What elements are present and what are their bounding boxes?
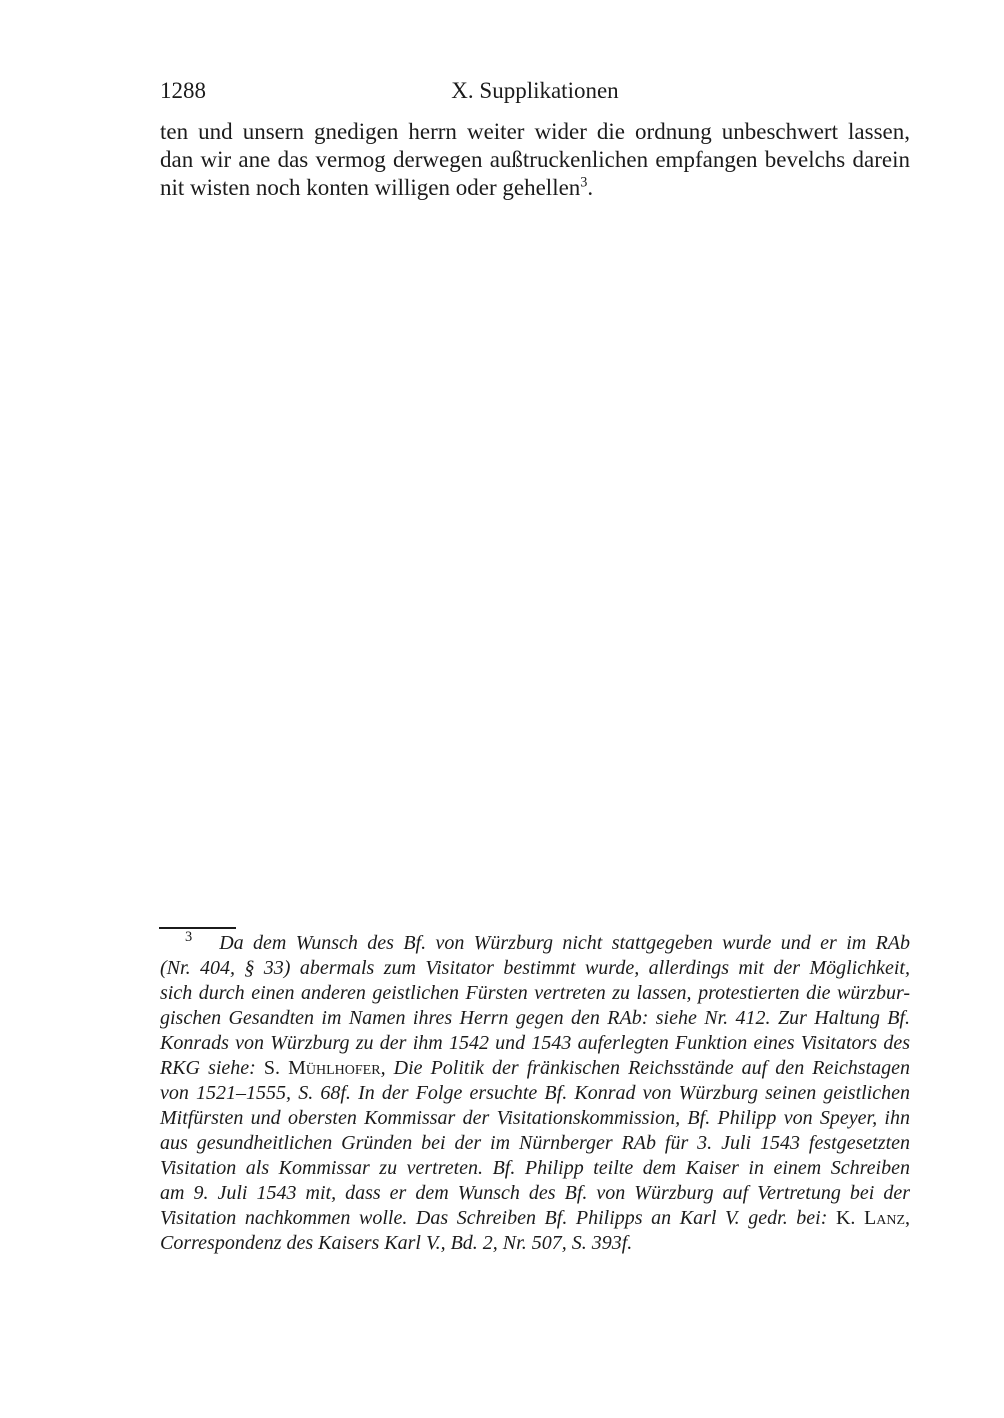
book-page: 1288 X. Supplikationen ten und unsern gn… [0,0,1004,1418]
footnote-line: 3Da dem Wunsch des Bf. von Würzburg nich… [160,931,910,956]
footnote-text: Mitfürsten und obersten Kommissar der Vi… [160,1107,910,1129]
footnote-line-content: Visitation nachkommen wolle. Das Schreib… [160,1206,910,1231]
body-text: dan wir ane das vermog derwegen außtruck… [160,147,910,172]
footnote-block: 3Da dem Wunsch des Bf. von Würzburg nich… [160,931,910,1256]
body-line: ten und unsern gnedigen herrn weiter wid… [160,118,910,146]
page-number: 1288 [160,78,206,104]
footnote-line: RKG siehe: S. Mühlhofer, Die Politik der… [160,1056,910,1081]
footnote-line: Visitation als Kommissar zu vertreten. B… [160,1156,910,1181]
body-text: ten und unsern gnedigen herrn weiter wid… [160,119,910,144]
footnote-text: am 9. Juli 1543 mit, dass er dem Wunsch … [160,1182,910,1204]
cited-author-name: K. Lanz, [836,1207,910,1229]
footnote-text: Visitation nachkommen wolle. Das Schreib… [160,1207,836,1229]
footnote-line-content: gischen Gesandten im Namen ihres Herrn g… [160,1006,910,1031]
body-text: nit wisten noch konten willigen oder geh… [160,175,580,200]
footnote-line: von 1521–1555, S. 68f. In der Folge ersu… [160,1081,910,1106]
footnote-line: aus gesundheitlichen Gründen bei der im … [160,1131,910,1156]
footnote-line-content: Visitation als Kommissar zu vertreten. B… [160,1156,910,1181]
footnote-line: (Nr. 404, § 33) abermals zum Visitator b… [160,956,910,981]
page-header: 1288 X. Supplikationen [160,78,910,104]
footnote-marker: 3 [185,929,192,945]
footnote-line-content: RKG siehe: S. Mühlhofer, Die Politik der… [160,1056,910,1081]
footnote-text: Da dem Wunsch des Bf. von Würzburg nicht… [219,932,910,954]
footnote-line: am 9. Juli 1543 mit, dass er dem Wunsch … [160,1181,910,1206]
body-text: . [587,175,593,200]
footnote-text: , Die Politik der fränkischen Reichsstän… [381,1057,910,1079]
body-line-content: ten und unsern gnedigen herrn weiter wid… [160,118,910,146]
body-paragraph: ten und unsern gnedigen herrn weiter wid… [160,118,910,202]
footnote-text: Correspondenz des Kaisers Karl V., Bd. 2… [160,1232,632,1254]
footnote-line-content: Konrads von Würzburg zu der ihm 1542 und… [160,1031,910,1056]
footnote-line-content: 3Da dem Wunsch des Bf. von Würzburg nich… [160,931,910,956]
body-line-content: dan wir ane das vermog derwegen außtruck… [160,146,910,174]
footnote-line: Correspondenz des Kaisers Karl V., Bd. 2… [160,1231,910,1256]
body-line-content: nit wisten noch konten willigen oder geh… [160,174,593,202]
footnote-text: Konrads von Würzburg zu der ihm 1542 und… [160,1032,910,1054]
footnote-line: Konrads von Würzburg zu der ihm 1542 und… [160,1031,910,1056]
cited-author-name: S. Mühlhofer [264,1057,381,1079]
footnote-text: gischen Gesandten im Namen ihres Herrn g… [160,1007,910,1029]
footnote-line: gischen Gesandten im Namen ihres Herrn g… [160,1006,910,1031]
footnote-text: aus gesundheitlichen Gründen bei der im … [160,1132,910,1154]
footnote-line: sich durch einen anderen geistlichen Für… [160,981,910,1006]
footnote-line-content: von 1521–1555, S. 68f. In der Folge ersu… [160,1081,910,1106]
footnote-line-content: am 9. Juli 1543 mit, dass er dem Wunsch … [160,1181,910,1206]
footnote-line-content: aus gesundheitlichen Gründen bei der im … [160,1131,910,1156]
body-line: nit wisten noch konten willigen oder geh… [160,174,910,202]
body-line: dan wir ane das vermog derwegen außtruck… [160,146,910,174]
footnote-line-content: (Nr. 404, § 33) abermals zum Visitator b… [160,956,910,981]
footnote-line-content: Mitfürsten und obersten Kommissar der Vi… [160,1106,910,1131]
footnote-line-content: sich durch einen anderen geistlichen Für… [160,981,910,1006]
footnote-line: Visitation nachkommen wolle. Das Schreib… [160,1206,910,1231]
footnote-text: Visitation als Kommissar zu vertreten. B… [160,1157,910,1179]
footnote-text: RKG siehe: [160,1057,264,1079]
footnote-line: Mitfürsten und obersten Kommissar der Vi… [160,1106,910,1131]
footnote-text: sich durch einen anderen geistlichen Für… [160,982,910,1004]
footnote-line-content: Correspondenz des Kaisers Karl V., Bd. 2… [160,1231,632,1256]
footnote-text: von 1521–1555, S. 68f. In der Folge ersu… [160,1082,910,1104]
running-head: X. Supplikationen [451,78,618,103]
footnote-separator [159,927,236,929]
footnote-text: (Nr. 404, § 33) abermals zum Visitator b… [160,957,910,979]
